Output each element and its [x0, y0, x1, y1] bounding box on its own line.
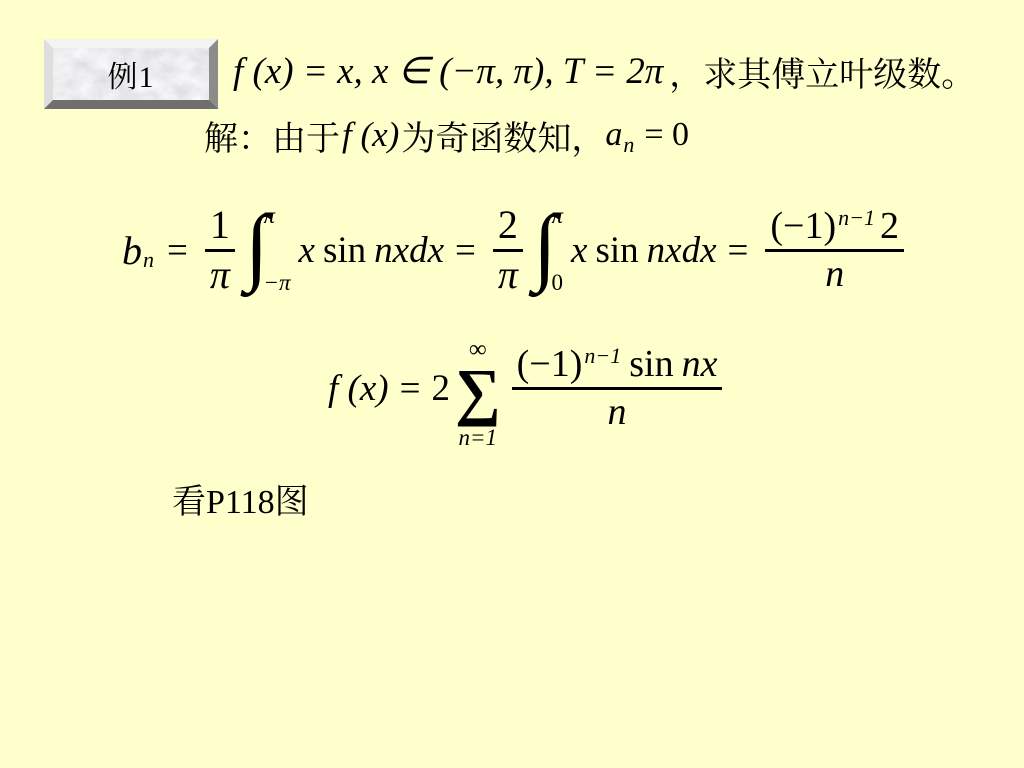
- neg-one-parens: (−1): [770, 205, 836, 247]
- fraction-bn-result: (−1)n−12 n: [765, 205, 904, 295]
- equals-sign-1: =: [167, 229, 188, 272]
- fraction-bar: [512, 387, 723, 390]
- fraction-1-over-pi: 1 π: [205, 203, 235, 298]
- integrand-nxdx: nxdx: [647, 229, 717, 272]
- equals-sign-2: =: [455, 229, 476, 272]
- integral-sign: ∫: [533, 202, 557, 288]
- exponent-n-minus-1: n−1: [584, 343, 621, 368]
- problem-math: f (x) = x, x ∈ (−π, π), T = 2π: [233, 49, 663, 93]
- neg-one-parens: (−1): [517, 343, 583, 385]
- sin-operator: sin: [629, 343, 673, 385]
- equals-sign-3: =: [728, 229, 749, 272]
- sum-lower-limit: n=1: [459, 426, 498, 449]
- nx-term: nx: [682, 343, 718, 385]
- bn-base: b: [122, 227, 142, 274]
- fx-lhs: f (x): [328, 367, 389, 410]
- summation: ∞ ∑ n=1: [455, 337, 501, 449]
- solution-line: 解：由于 f (x) 为奇函数知， a n = 0: [204, 108, 689, 162]
- fraction-numerator: 1: [205, 203, 235, 248]
- fraction-denominator: π: [493, 253, 523, 298]
- problem-suffix: ，求其傅立叶级数。: [669, 47, 975, 96]
- equation-fx-series: f (x) = 2 ∞ ∑ n=1 (−1)n−1sinnx n: [328, 332, 728, 444]
- solution-mid: 为奇函数知，: [401, 111, 605, 160]
- equals-sign: =: [400, 367, 421, 410]
- an-base: a: [605, 116, 622, 154]
- fraction-series-term: (−1)n−1sinnx n: [512, 343, 723, 433]
- an-equals-zero: = 0: [644, 116, 689, 154]
- sigma-sign: ∑: [455, 362, 501, 423]
- fraction-bar: [765, 249, 904, 252]
- example-label: 例1: [108, 52, 155, 96]
- integrand-x: x: [571, 229, 587, 272]
- fraction-denominator: n: [603, 391, 632, 434]
- fraction-2-over-pi: 2 π: [493, 203, 523, 298]
- fraction-numerator: 2: [493, 203, 523, 248]
- exponent-n-minus-1: n−1: [838, 205, 875, 230]
- integral-0-to-pi: ∫ π 0: [533, 200, 569, 300]
- coefficient-2: 2: [431, 367, 450, 410]
- integral-sign: ∫: [245, 202, 269, 288]
- example-label-box: 例1: [44, 39, 218, 109]
- fraction-numerator: (−1)n−1sinnx: [512, 343, 723, 386]
- integrand-x: x: [299, 229, 315, 272]
- sin-operator: sin: [323, 229, 366, 272]
- problem-statement: f (x) = x, x ∈ (−π, π), T = 2π ，求其傅立叶级数。: [233, 42, 975, 100]
- solution-fx: f (x): [342, 115, 399, 155]
- fraction-denominator: n: [820, 253, 849, 296]
- bn-subscript: n: [143, 247, 154, 273]
- fraction-denominator: π: [205, 253, 235, 298]
- equation-bn: b n = 1 π ∫ π −π x sin nxdx = 2 π ∫ π: [122, 188, 910, 312]
- integral-neg-pi-to-pi: ∫ π −π: [245, 200, 297, 300]
- note-see-p118: 看P118图: [172, 474, 309, 523]
- slide: 例1 f (x) = x, x ∈ (−π, π), T = 2π ，求其傅立叶…: [0, 0, 1024, 768]
- coefficient-2: 2: [880, 205, 899, 247]
- fraction-numerator: (−1)n−12: [765, 205, 904, 248]
- solution-lead: 解：由于: [204, 111, 340, 160]
- integrand-nxdx: nxdx: [374, 229, 444, 272]
- an-subscript: n: [623, 132, 634, 158]
- sin-operator: sin: [595, 229, 638, 272]
